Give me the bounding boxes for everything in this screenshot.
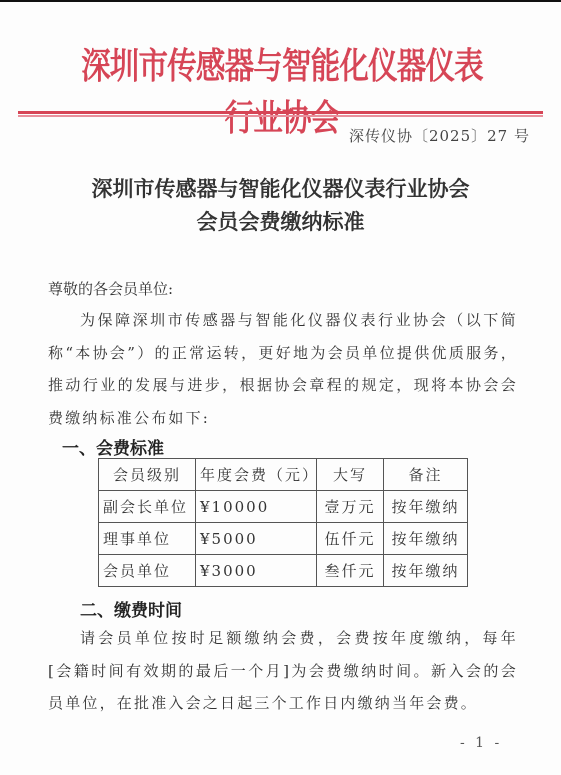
cell-uppercase: 壹万元 [317,491,384,523]
table-row: 会员单位 ¥3000 叁仟元 按年缴纳 [99,555,468,587]
cell-level: 副会长单位 [99,491,196,523]
section-heading-payment-time: 二、缴费时间 [80,596,182,621]
cell-level: 理事单位 [99,523,196,555]
cell-level: 会员单位 [99,555,196,587]
payment-time-paragraph: 请会员单位按时足额缴纳会费，会费按年度缴纳，每年[会籍时间有效期的最后一个月]为… [48,622,518,720]
header-uppercase: 大写 [317,459,384,491]
page-top-edge [0,0,561,2]
section-heading-fee-standard: 一、会费标准 [62,434,164,459]
document-number: 深传仪协〔2025〕27 号 [330,125,530,146]
header-annual-fee: 年度会费（元） [196,459,317,491]
cell-note: 按年缴纳 [384,555,468,587]
cell-note: 按年缴纳 [384,523,468,555]
page-number: - 1 - [460,735,502,751]
cell-uppercase: 叁仟元 [317,555,384,587]
document-title: 深圳市传感器与智能化仪器仪表行业协会 会员会费缴纳标准 [20,172,541,238]
fee-table-header: 会员级别 年度会费（元） 大写 备注 [99,459,468,491]
intro-paragraph: 为保障深圳市传感器与智能化仪器仪表行业协会（以下简称“本协会”）的正常运转，更好… [48,304,518,434]
table-row: 理事单位 ¥5000 伍仟元 按年缴纳 [99,523,468,555]
cell-fee: ¥3000 [196,555,317,587]
letterhead-red-rule [18,111,543,114]
header-note: 备注 [384,459,468,491]
table-row: 副会长单位 ¥10000 壹万元 按年缴纳 [99,491,468,523]
header-member-level: 会员级别 [99,459,196,491]
cell-uppercase: 伍仟元 [317,523,384,555]
cell-note: 按年缴纳 [384,491,468,523]
title-line-1: 深圳市传感器与智能化仪器仪表行业协会 [20,172,541,205]
cell-fee: ¥10000 [196,491,317,523]
title-line-2: 会员会费缴纳标准 [20,205,541,238]
salutation: 尊敬的各会员单位: [48,278,173,299]
letterhead-red-rule-thin [18,115,543,117]
fee-table: 会员级别 年度会费（元） 大写 备注 副会长单位 ¥10000 壹万元 按年缴纳… [98,458,468,587]
cell-fee: ¥5000 [196,523,317,555]
